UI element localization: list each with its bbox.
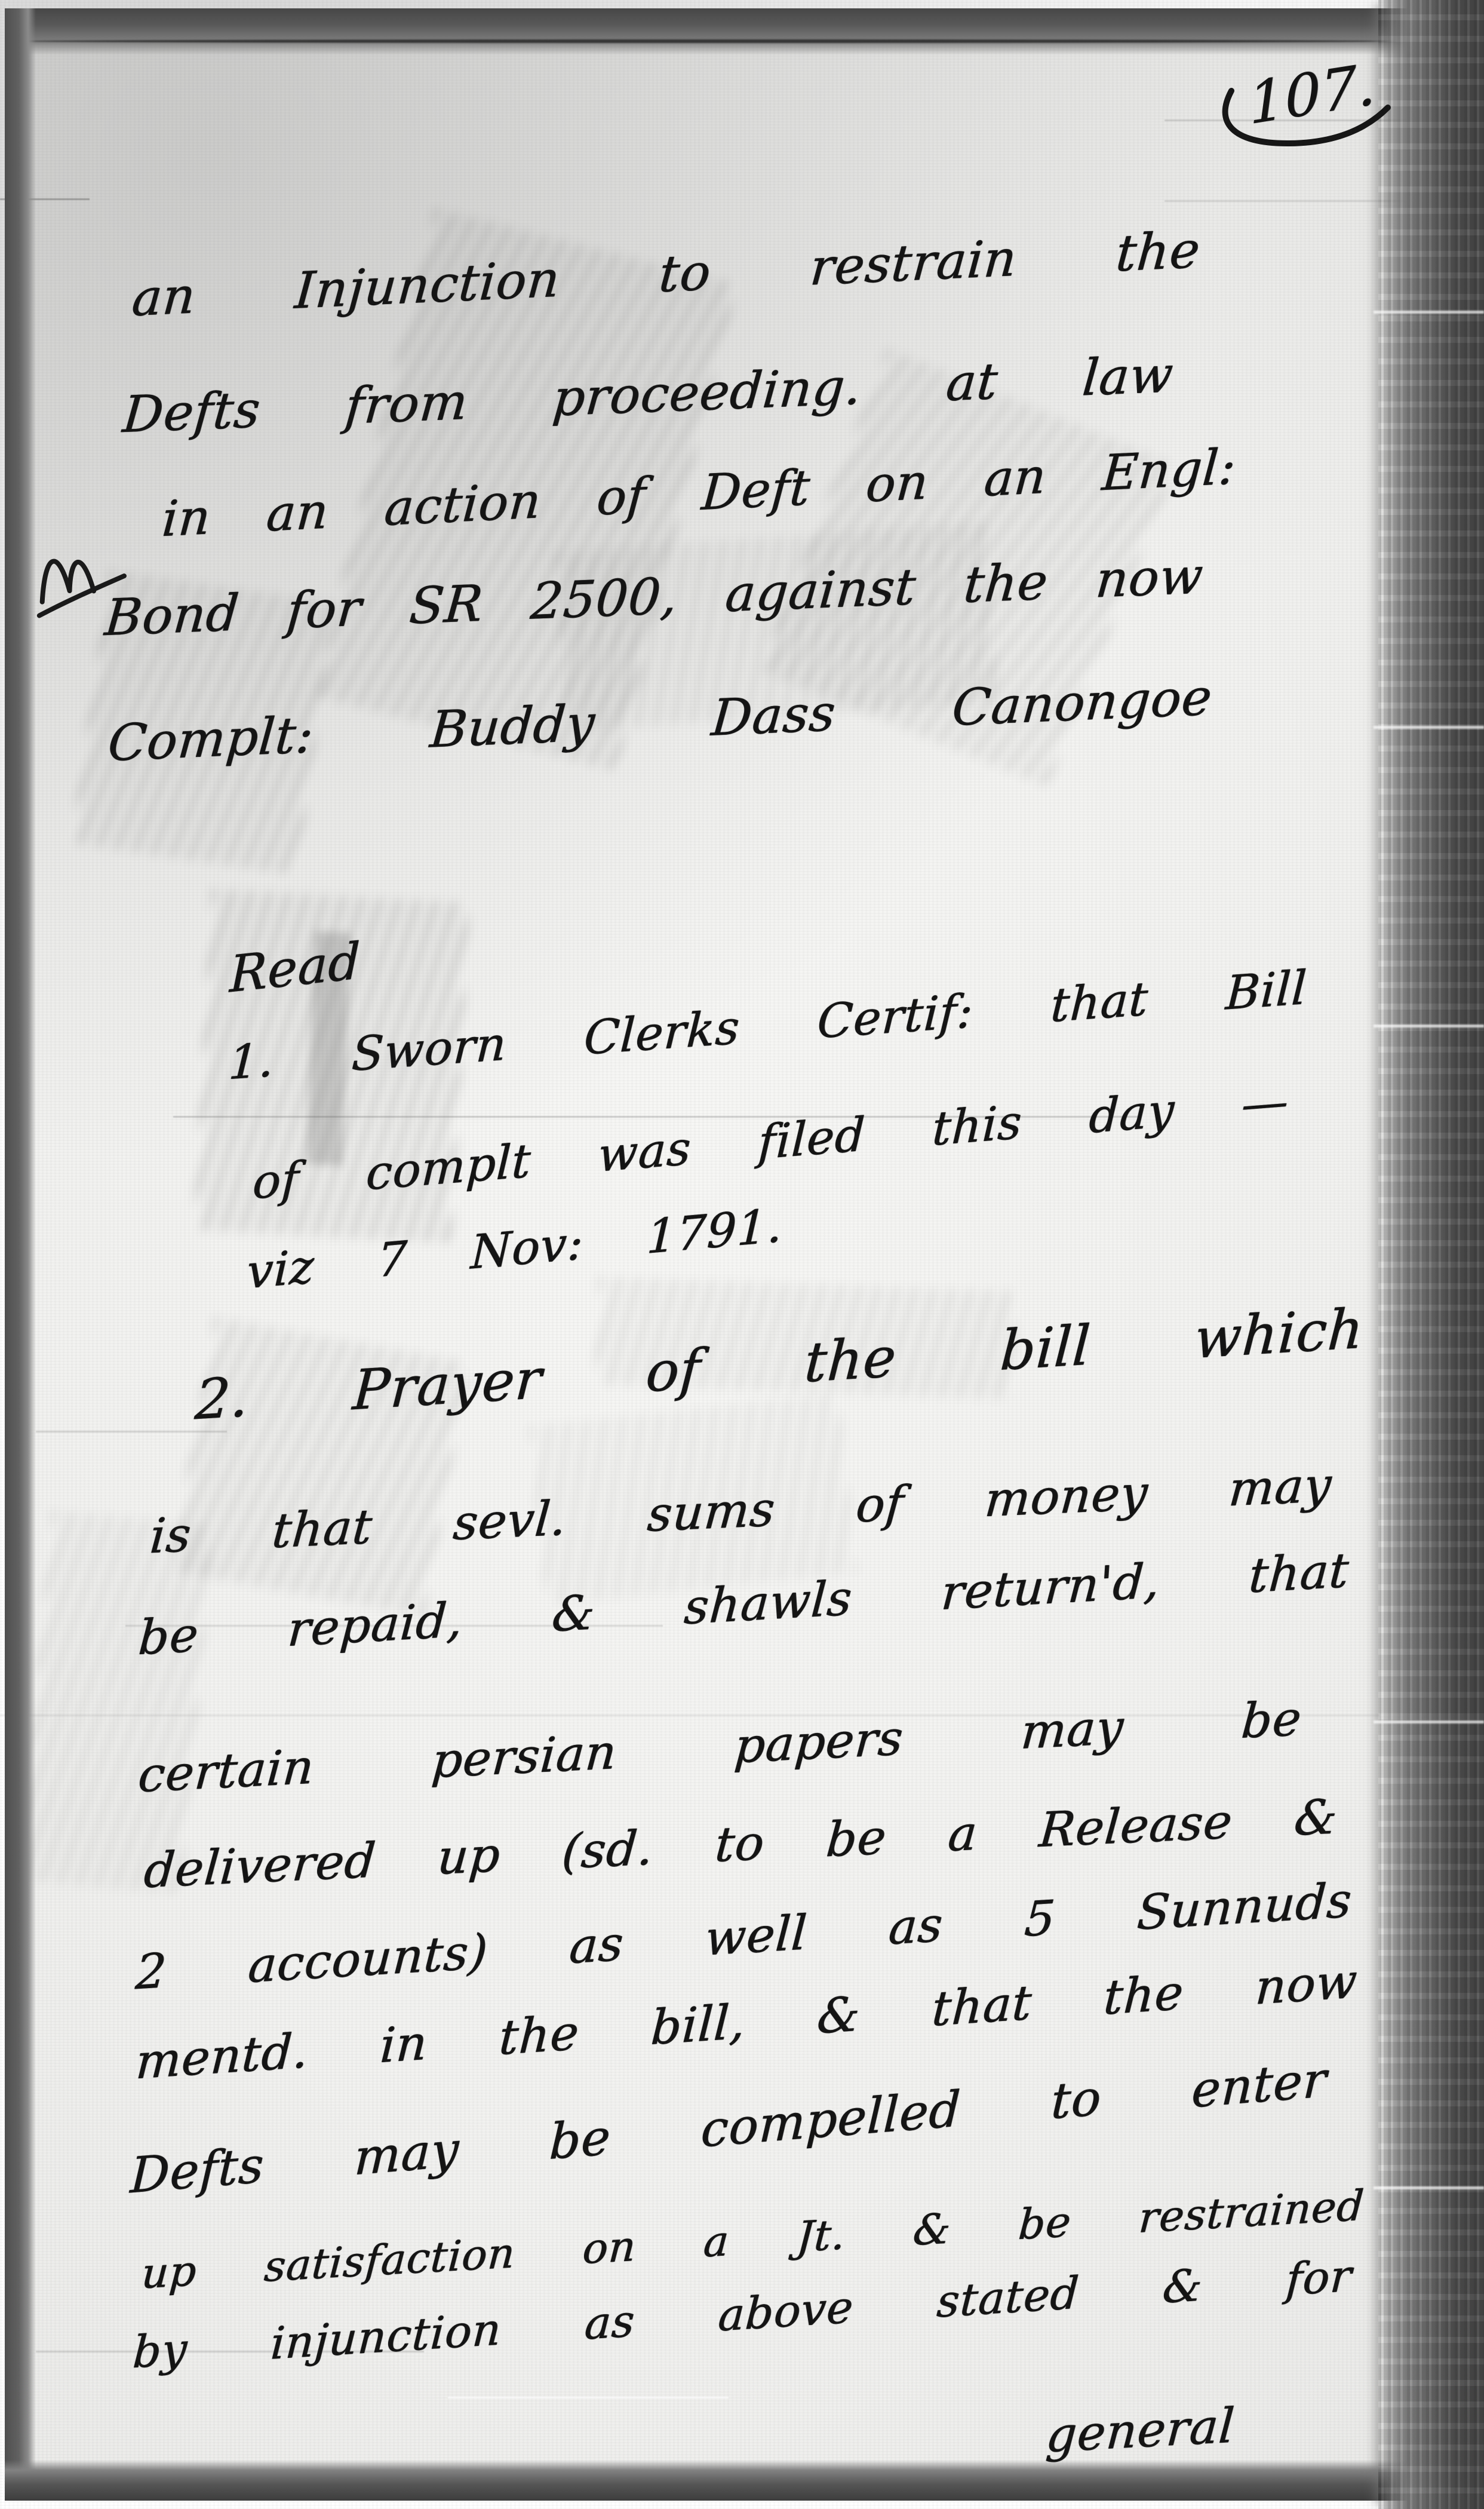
manuscript-line: general — [1044, 2397, 1236, 2463]
page-number-underline-flourish — [1211, 84, 1396, 161]
book-edge-streak — [1374, 2186, 1484, 2189]
scan-line — [0, 198, 90, 200]
book-edge-streak — [1374, 726, 1484, 729]
book-edge-streak — [1374, 1025, 1484, 1027]
book-edge-streak — [1374, 1720, 1484, 1723]
book-edge-streak — [1374, 311, 1484, 314]
book-edge-band — [1378, 0, 1484, 2509]
scan-line — [448, 2397, 729, 2398]
manuscript-scan: 107. an Injunction to restrain the Defts… — [0, 0, 1484, 2509]
